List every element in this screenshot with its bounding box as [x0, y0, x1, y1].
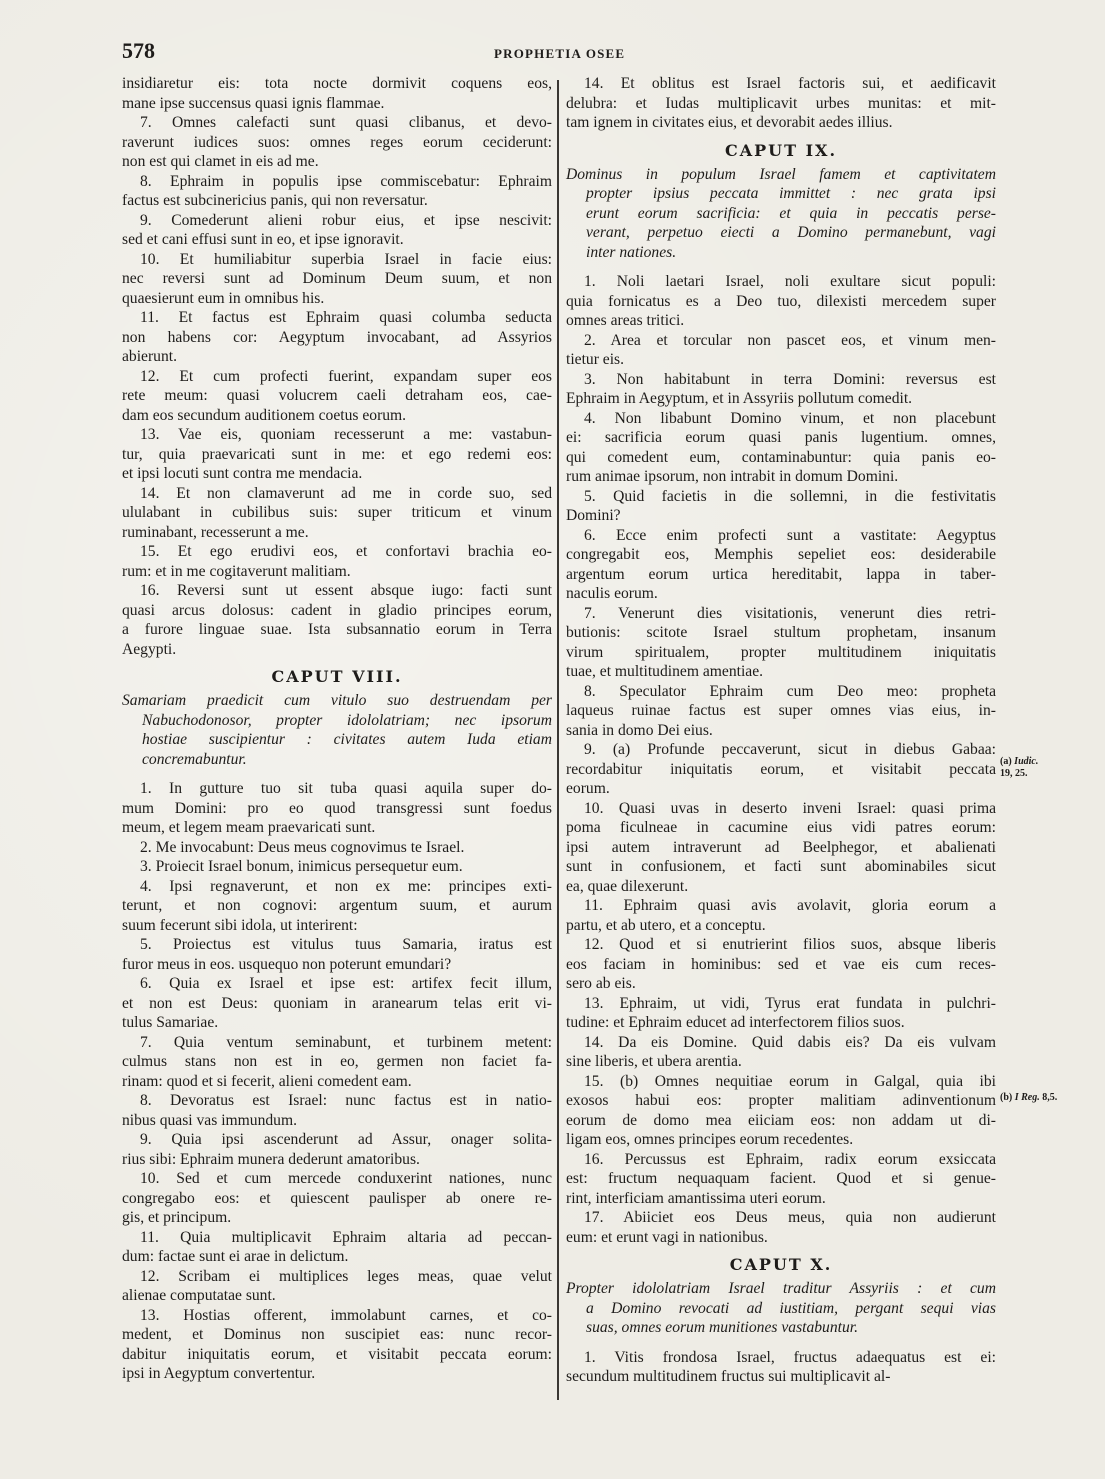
- text-line: ruminabant, recesserunt a me.: [122, 523, 552, 543]
- text-line: rum animae ipsorum, non intrabit in domu…: [566, 467, 996, 487]
- text-line: 11. Quia multiplicavit Ephraim altaria a…: [122, 1228, 552, 1248]
- text-line: 11. Ephraim quasi avis avolavit, gloria …: [566, 896, 996, 916]
- verse: 5. Proiectus est vitulus tuus Samaria, i…: [122, 935, 552, 974]
- margin-note-b-label: (b): [1000, 1092, 1012, 1103]
- text-line: tuae, et multitudinem amentiae.: [566, 662, 996, 682]
- margin-note-b-detail: 8,5.: [1042, 1092, 1057, 1103]
- text-line: est: fructum nequaquam facient. Quod et …: [566, 1169, 996, 1189]
- text-line: et ipsi locuti sunt contra me mendacia.: [122, 464, 552, 484]
- text-line: 10. Et humiliabitur superbia Israel in f…: [122, 250, 552, 270]
- text-line: sine liberis, et ubera arentia.: [566, 1052, 996, 1072]
- text-line: partu, et ab utero, et a conceptu.: [566, 916, 996, 936]
- text-line: quia fornicatus es a Deo tuo, dilexisti …: [566, 292, 996, 312]
- verse: 3. Proiecit Israel bonum, inimicus perse…: [122, 857, 552, 877]
- text-line: inter nationes.: [566, 243, 996, 263]
- text-line: erunt eorum sacrificia: et quia in pecca…: [566, 204, 996, 224]
- text-line: 12. Scribam ei multiplices leges meas, q…: [122, 1267, 552, 1287]
- text-line: dum: factae sunt ei arae in delictum.: [122, 1247, 552, 1267]
- text-line: 16. Percussus est Ephraim, radix eorum e…: [566, 1150, 996, 1170]
- verse: 8. Devoratus est Israel: nunc factus est…: [122, 1091, 552, 1130]
- verse: 15. Et ego erudivi eos, et confortavi br…: [122, 542, 552, 581]
- text-line: non habens cor: Aegyptum invocabant, ad …: [122, 328, 552, 348]
- text-line: tietur eis.: [566, 350, 996, 370]
- left-column: insidiaretur eis: tota nocte dormivit co…: [122, 74, 552, 1384]
- chapter-summary: Samariam praedicit cum vitulo suo destru…: [122, 691, 552, 769]
- text-line: eorum.: [566, 779, 996, 799]
- verse: 12. Et cum profecti fuerint, expandam su…: [122, 367, 552, 426]
- text-line: 1. Vitis frondosa Israel, fructus adaequ…: [566, 1348, 996, 1368]
- text-line: terunt, et non cognovi: argentum suum, e…: [122, 896, 552, 916]
- text-line: 13. Ephraim, ut vidi, Tyrus erat fundata…: [566, 994, 996, 1014]
- verse: 6. Ecce enim profecti sunt a vastitate: …: [566, 526, 996, 604]
- text-line: 16. Reversi sunt ut essent absque iugo: …: [122, 581, 552, 601]
- verse: 1. In gutture tuo sit tuba quasi aquila …: [122, 779, 552, 838]
- text-line: 11. Et factus est Ephraim quasi columba …: [122, 308, 552, 328]
- text-line: ei: sacrificia eorum quasi panis lugenti…: [566, 428, 996, 448]
- verse: 10. Et humiliabitur superbia Israel in f…: [122, 250, 552, 309]
- verse: 6. Quia ex Israel et ipse est: artifex f…: [122, 974, 552, 1033]
- text-line: 13. Hostias offerent, immolabunt carnes,…: [122, 1306, 552, 1326]
- text-line: 2. Area et torcular non pascet eos, et v…: [566, 331, 996, 351]
- book-page: 578 PROPHETIA OSEE insidiaretur eis: tot…: [0, 0, 1105, 1479]
- text-line: Ephraim in Aegyptum, et in Assyriis poll…: [566, 389, 996, 409]
- verse: 5. Quid facietis in die sollemni, in die…: [566, 487, 996, 526]
- text-line: medent, et Dominus non suscipiet eas: nu…: [122, 1325, 552, 1345]
- text-line: nibus quasi vas immundum.: [122, 1111, 552, 1131]
- text-line: 7. Omnes calefacti sunt quasi clibanus, …: [122, 113, 552, 133]
- verse: 17. Abiiciet eos Deus meus, quia non aud…: [566, 1208, 996, 1247]
- text-line: congregabit eos, Memphis sepeliet eos: d…: [566, 545, 996, 565]
- text-line: recordabitur iniquitatis eorum, et visit…: [566, 760, 996, 780]
- text-line: 3. Non habitabunt in terra Domini: rever…: [566, 370, 996, 390]
- verse: insidiaretur eis: tota nocte dormivit co…: [122, 74, 552, 113]
- text-line: non est qui clamet in eis ad me.: [122, 152, 552, 172]
- page-number: 578: [122, 38, 155, 64]
- text-line: 14. Et non clamaverunt ad me in corde su…: [122, 484, 552, 504]
- verse: 15. (b) Omnes nequitiae eorum in Galgal,…: [566, 1072, 996, 1150]
- text-line: ipsi autem intraverunt ad Beelphegor, et…: [566, 838, 996, 858]
- text-line: Nabuchodonosor, propter idololatriam; ne…: [122, 711, 552, 731]
- verse: 7. Venerunt dies visitationis, venerunt …: [566, 604, 996, 682]
- text-line: laqueus ruinae factus est super omnes vi…: [566, 701, 996, 721]
- text-line: culmus stans non est in eo, germen non f…: [122, 1052, 552, 1072]
- text-line: suum fecerunt sibi idola, ut interirent:: [122, 916, 552, 936]
- verse: 12. Scribam ei multiplices leges meas, q…: [122, 1267, 552, 1306]
- text-line: poma ficulneae in cacumine eius vidi pat…: [566, 818, 996, 838]
- text-line: raverunt iudices suos: omnes reges eorum…: [122, 133, 552, 153]
- text-line: 1. Noli laetari Israel, noli exultare si…: [566, 272, 996, 292]
- verse: 1. Noli laetari Israel, noli exultare si…: [566, 272, 996, 331]
- text-line: ligam eos, omnes principes eorum receden…: [566, 1130, 996, 1150]
- text-line: verant, perpetuo eiecti a Domino permane…: [566, 223, 996, 243]
- text-line: rum: et in me cogitaverunt malitiam.: [122, 562, 552, 582]
- text-line: 8. Devoratus est Israel: nunc factus est…: [122, 1091, 552, 1111]
- text-line: gis, et principum.: [122, 1208, 552, 1228]
- verse: 12. Quod et si enutrierint filios suos, …: [566, 935, 996, 994]
- text-line: sania in domo Dei eius.: [566, 721, 996, 741]
- text-line: Samariam praedicit cum vitulo suo destru…: [122, 691, 552, 711]
- chapter-heading: CAPUT X.: [566, 1255, 996, 1275]
- running-head: PROPHETIA OSEE: [494, 46, 625, 62]
- text-line: factus est subcinericius panis, qui non …: [122, 191, 552, 211]
- text-line: rete meum: quasi volucrem caeli detraham…: [122, 386, 552, 406]
- verse: 9. Quia ipsi ascenderunt ad Assur, onage…: [122, 1130, 552, 1169]
- verse: 8. Speculator Ephraim cum Deo meo: proph…: [566, 682, 996, 741]
- text-line: tudine: et Ephraim educet ad interfector…: [566, 1013, 996, 1033]
- chapter-heading: CAPUT VIII.: [122, 667, 552, 687]
- text-line: ea, quae dilexerunt.: [566, 877, 996, 897]
- text-line: rinam: quod et si fecerit, alieni comede…: [122, 1072, 552, 1092]
- margin-note-b: (b) I Reg. 8,5.: [1000, 1092, 1057, 1104]
- text-line: nec reversi sunt ad Dominum Deum suum, e…: [122, 269, 552, 289]
- text-line: 13. Vae eis, quoniam recesserunt a me: v…: [122, 425, 552, 445]
- text-line: quasi arcus dolosus: cadent in gladio pr…: [122, 601, 552, 621]
- text-line: quaesierunt eum in omnibus his.: [122, 289, 552, 309]
- verse: 2. Me invocabunt: Deus meus cognovimus t…: [122, 838, 552, 858]
- text-line: propter ipsius peccata immittet : nec gr…: [566, 184, 996, 204]
- text-line: abierunt.: [122, 347, 552, 367]
- text-line: sunt in confusionem, et facti sunt abomi…: [566, 857, 996, 877]
- verse: 13. Hostias offerent, immolabunt carnes,…: [122, 1306, 552, 1384]
- text-line: rint, interficiam amantissima uteri eoru…: [566, 1189, 996, 1209]
- text-line: 7. Venerunt dies visitationis, venerunt …: [566, 604, 996, 624]
- verse: 14. Da eis Domine. Quid dabis eis? Da ei…: [566, 1033, 996, 1072]
- margin-note-a-ref: Iudic.: [1014, 756, 1038, 767]
- verse: 11. Ephraim quasi avis avolavit, gloria …: [566, 896, 996, 935]
- text-line: qui comedent eum, contaminabuntur: quia …: [566, 448, 996, 468]
- text-line: eorum de domo mea eiiciam eos: non addam…: [566, 1111, 996, 1131]
- text-line: 5. Proiectus est vitulus tuus Samaria, i…: [122, 935, 552, 955]
- verse: 10. Sed et cum mercede conduxerint natio…: [122, 1169, 552, 1228]
- text-line: tam ignem in civitates eius, et devorabi…: [566, 113, 996, 133]
- text-line: Propter idololatriam Israel traditur Ass…: [566, 1279, 996, 1299]
- text-line: naculis eorum.: [566, 584, 996, 604]
- text-line: 12. Quod et si enutrierint filios suos, …: [566, 935, 996, 955]
- text-line: ipsi in Aegyptum convertentur.: [122, 1364, 552, 1384]
- text-line: argentum eorum urtica hereditabit, lappa…: [566, 565, 996, 585]
- text-line: 4. Non libabunt Domino vinum, et non pla…: [566, 409, 996, 429]
- text-line: omnes areas tritici.: [566, 311, 996, 331]
- text-line: 10. Sed et cum mercede conduxerint natio…: [122, 1169, 552, 1189]
- text-line: sero ab eis.: [566, 974, 996, 994]
- chapter-heading: CAPUT IX.: [566, 141, 996, 161]
- text-line: dam eos secundum auditionem coetus eorum…: [122, 406, 552, 426]
- text-line: meum, et legem meam praevaricati sunt.: [122, 818, 552, 838]
- text-line: 10. Quasi uvas in deserto inveni Israel:…: [566, 799, 996, 819]
- text-line: et non est Deus: quoniam in aranearum te…: [122, 994, 552, 1014]
- verse: 9. (a) Profunde peccaverunt, sicut in di…: [566, 740, 996, 799]
- text-line: 8. Speculator Ephraim cum Deo meo: proph…: [566, 682, 996, 702]
- text-line: 3. Proiecit Israel bonum, inimicus perse…: [122, 857, 552, 877]
- text-line: delubra: et Iudas multiplicavit urbes mu…: [566, 94, 996, 114]
- verse: 13. Vae eis, quoniam recesserunt a me: v…: [122, 425, 552, 484]
- verse: 7. Quia ventum seminabunt, et turbinem m…: [122, 1033, 552, 1092]
- text-line: congregabo eos: et quiescent paulisper a…: [122, 1189, 552, 1209]
- text-line: 15. Et ego erudivi eos, et confortavi br…: [122, 542, 552, 562]
- text-line: 7. Quia ventum seminabunt, et turbinem m…: [122, 1033, 552, 1053]
- verse: 9. Comederunt alieni robur eius, et ipse…: [122, 211, 552, 250]
- margin-note-a: (a) Iudic. 19, 25.: [1000, 756, 1038, 780]
- verse: 4. Non libabunt Domino vinum, et non pla…: [566, 409, 996, 487]
- verse: 1. Vitis frondosa Israel, fructus adaequ…: [566, 1348, 996, 1387]
- text-line: alienae computatae sunt.: [122, 1286, 552, 1306]
- text-line: 12. Et cum profecti fuerint, expandam su…: [122, 367, 552, 387]
- text-line: eum: et erunt vagi in nationibus.: [566, 1228, 996, 1248]
- text-line: suas, omnes eorum munitiones vastabuntur…: [566, 1318, 996, 1338]
- text-line: 8. Ephraim in populis ipse commiscebatur…: [122, 172, 552, 192]
- right-column: 14. Et oblitus est Israel factoris sui, …: [566, 74, 996, 1387]
- text-line: Dominus in populum Israel famem et capti…: [566, 165, 996, 185]
- text-line: ululabant in cubilibus suis: super triti…: [122, 503, 552, 523]
- verse: 11. Et factus est Ephraim quasi columba …: [122, 308, 552, 367]
- text-line: insidiaretur eis: tota nocte dormivit co…: [122, 74, 552, 94]
- verse: 2. Area et torcular non pascet eos, et v…: [566, 331, 996, 370]
- verse: 14. Et oblitus est Israel factoris sui, …: [566, 74, 996, 133]
- column-divider: [557, 80, 559, 1400]
- text-line: tur, quia praevaricati sunt in me: et eg…: [122, 445, 552, 465]
- text-line: 9. Comederunt alieni robur eius, et ipse…: [122, 211, 552, 231]
- verse: 16. Percussus est Ephraim, radix eorum e…: [566, 1150, 996, 1209]
- text-line: rius sibi: Ephraim munera dederunt amato…: [122, 1150, 552, 1170]
- text-line: 5. Quid facietis in die sollemni, in die…: [566, 487, 996, 507]
- text-line: a Domino revocati ad iustitiam, pergant …: [566, 1299, 996, 1319]
- verse: 3. Non habitabunt in terra Domini: rever…: [566, 370, 996, 409]
- text-line: 9. Quia ipsi ascenderunt ad Assur, onage…: [122, 1130, 552, 1150]
- verse: 8. Ephraim in populis ipse commiscebatur…: [122, 172, 552, 211]
- verse: 14. Et non clamaverunt ad me in corde su…: [122, 484, 552, 543]
- text-line: Domini?: [566, 506, 996, 526]
- verse: 10. Quasi uvas in deserto inveni Israel:…: [566, 799, 996, 897]
- margin-note-a-detail: 19, 25.: [1000, 768, 1028, 779]
- text-line: 17. Abiiciet eos Deus meus, quia non aud…: [566, 1208, 996, 1228]
- text-line: hostiae suscipientur : civitates autem I…: [122, 730, 552, 750]
- text-line: 6. Quia ex Israel et ipse est: artifex f…: [122, 974, 552, 994]
- text-line: secundum multitudinem fructus sui multip…: [566, 1367, 996, 1387]
- text-line: 4. Ipsi regnaverunt, et non ex me: princ…: [122, 877, 552, 897]
- margin-note-b-ref: I Reg.: [1015, 1092, 1040, 1103]
- text-line: 9. (a) Profunde peccaverunt, sicut in di…: [566, 740, 996, 760]
- text-line: eos faciam in hominibus: sed et vae eis …: [566, 955, 996, 975]
- text-line: 14. Et oblitus est Israel factoris sui, …: [566, 74, 996, 94]
- text-line: concremabuntur.: [122, 750, 552, 770]
- text-line: furor meus in eos. usquequo non poterunt…: [122, 955, 552, 975]
- text-line: a furore linguae suae. Ista subsannatio …: [122, 620, 552, 640]
- text-line: exosos habui eos: propter malitiam adinv…: [566, 1091, 996, 1111]
- chapter-summary: Dominus in populum Israel famem et capti…: [566, 165, 996, 263]
- text-line: tulus Samariae.: [122, 1013, 552, 1033]
- text-line: 2. Me invocabunt: Deus meus cognovimus t…: [122, 838, 552, 858]
- verse: 11. Quia multiplicavit Ephraim altaria a…: [122, 1228, 552, 1267]
- text-line: 14. Da eis Domine. Quid dabis eis? Da ei…: [566, 1033, 996, 1053]
- verse: 4. Ipsi regnaverunt, et non ex me: princ…: [122, 877, 552, 936]
- text-line: dabitur iniquitatis eorum, et visitabit …: [122, 1345, 552, 1365]
- verse: 13. Ephraim, ut vidi, Tyrus erat fundata…: [566, 994, 996, 1033]
- text-line: mum Domini: pro eo quod transgressi sunt…: [122, 799, 552, 819]
- text-line: 6. Ecce enim profecti sunt a vastitate: …: [566, 526, 996, 546]
- text-line: butionis: scitote Israel stultum prophet…: [566, 623, 996, 643]
- chapter-summary: Propter idololatriam Israel traditur Ass…: [566, 1279, 996, 1338]
- verse: 7. Omnes calefacti sunt quasi clibanus, …: [122, 113, 552, 172]
- margin-note-a-label: (a): [1000, 756, 1012, 767]
- text-line: 1. In gutture tuo sit tuba quasi aquila …: [122, 779, 552, 799]
- verse: 16. Reversi sunt ut essent absque iugo: …: [122, 581, 552, 659]
- text-line: Aegypti.: [122, 640, 552, 660]
- text-line: sed et cani effusi sunt in eo, et ipse i…: [122, 230, 552, 250]
- text-line: virum spiritualem, propter multitudinem …: [566, 643, 996, 663]
- text-line: mane ipse succensus quasi ignis flammae.: [122, 94, 552, 114]
- text-line: 15. (b) Omnes nequitiae eorum in Galgal,…: [566, 1072, 996, 1092]
